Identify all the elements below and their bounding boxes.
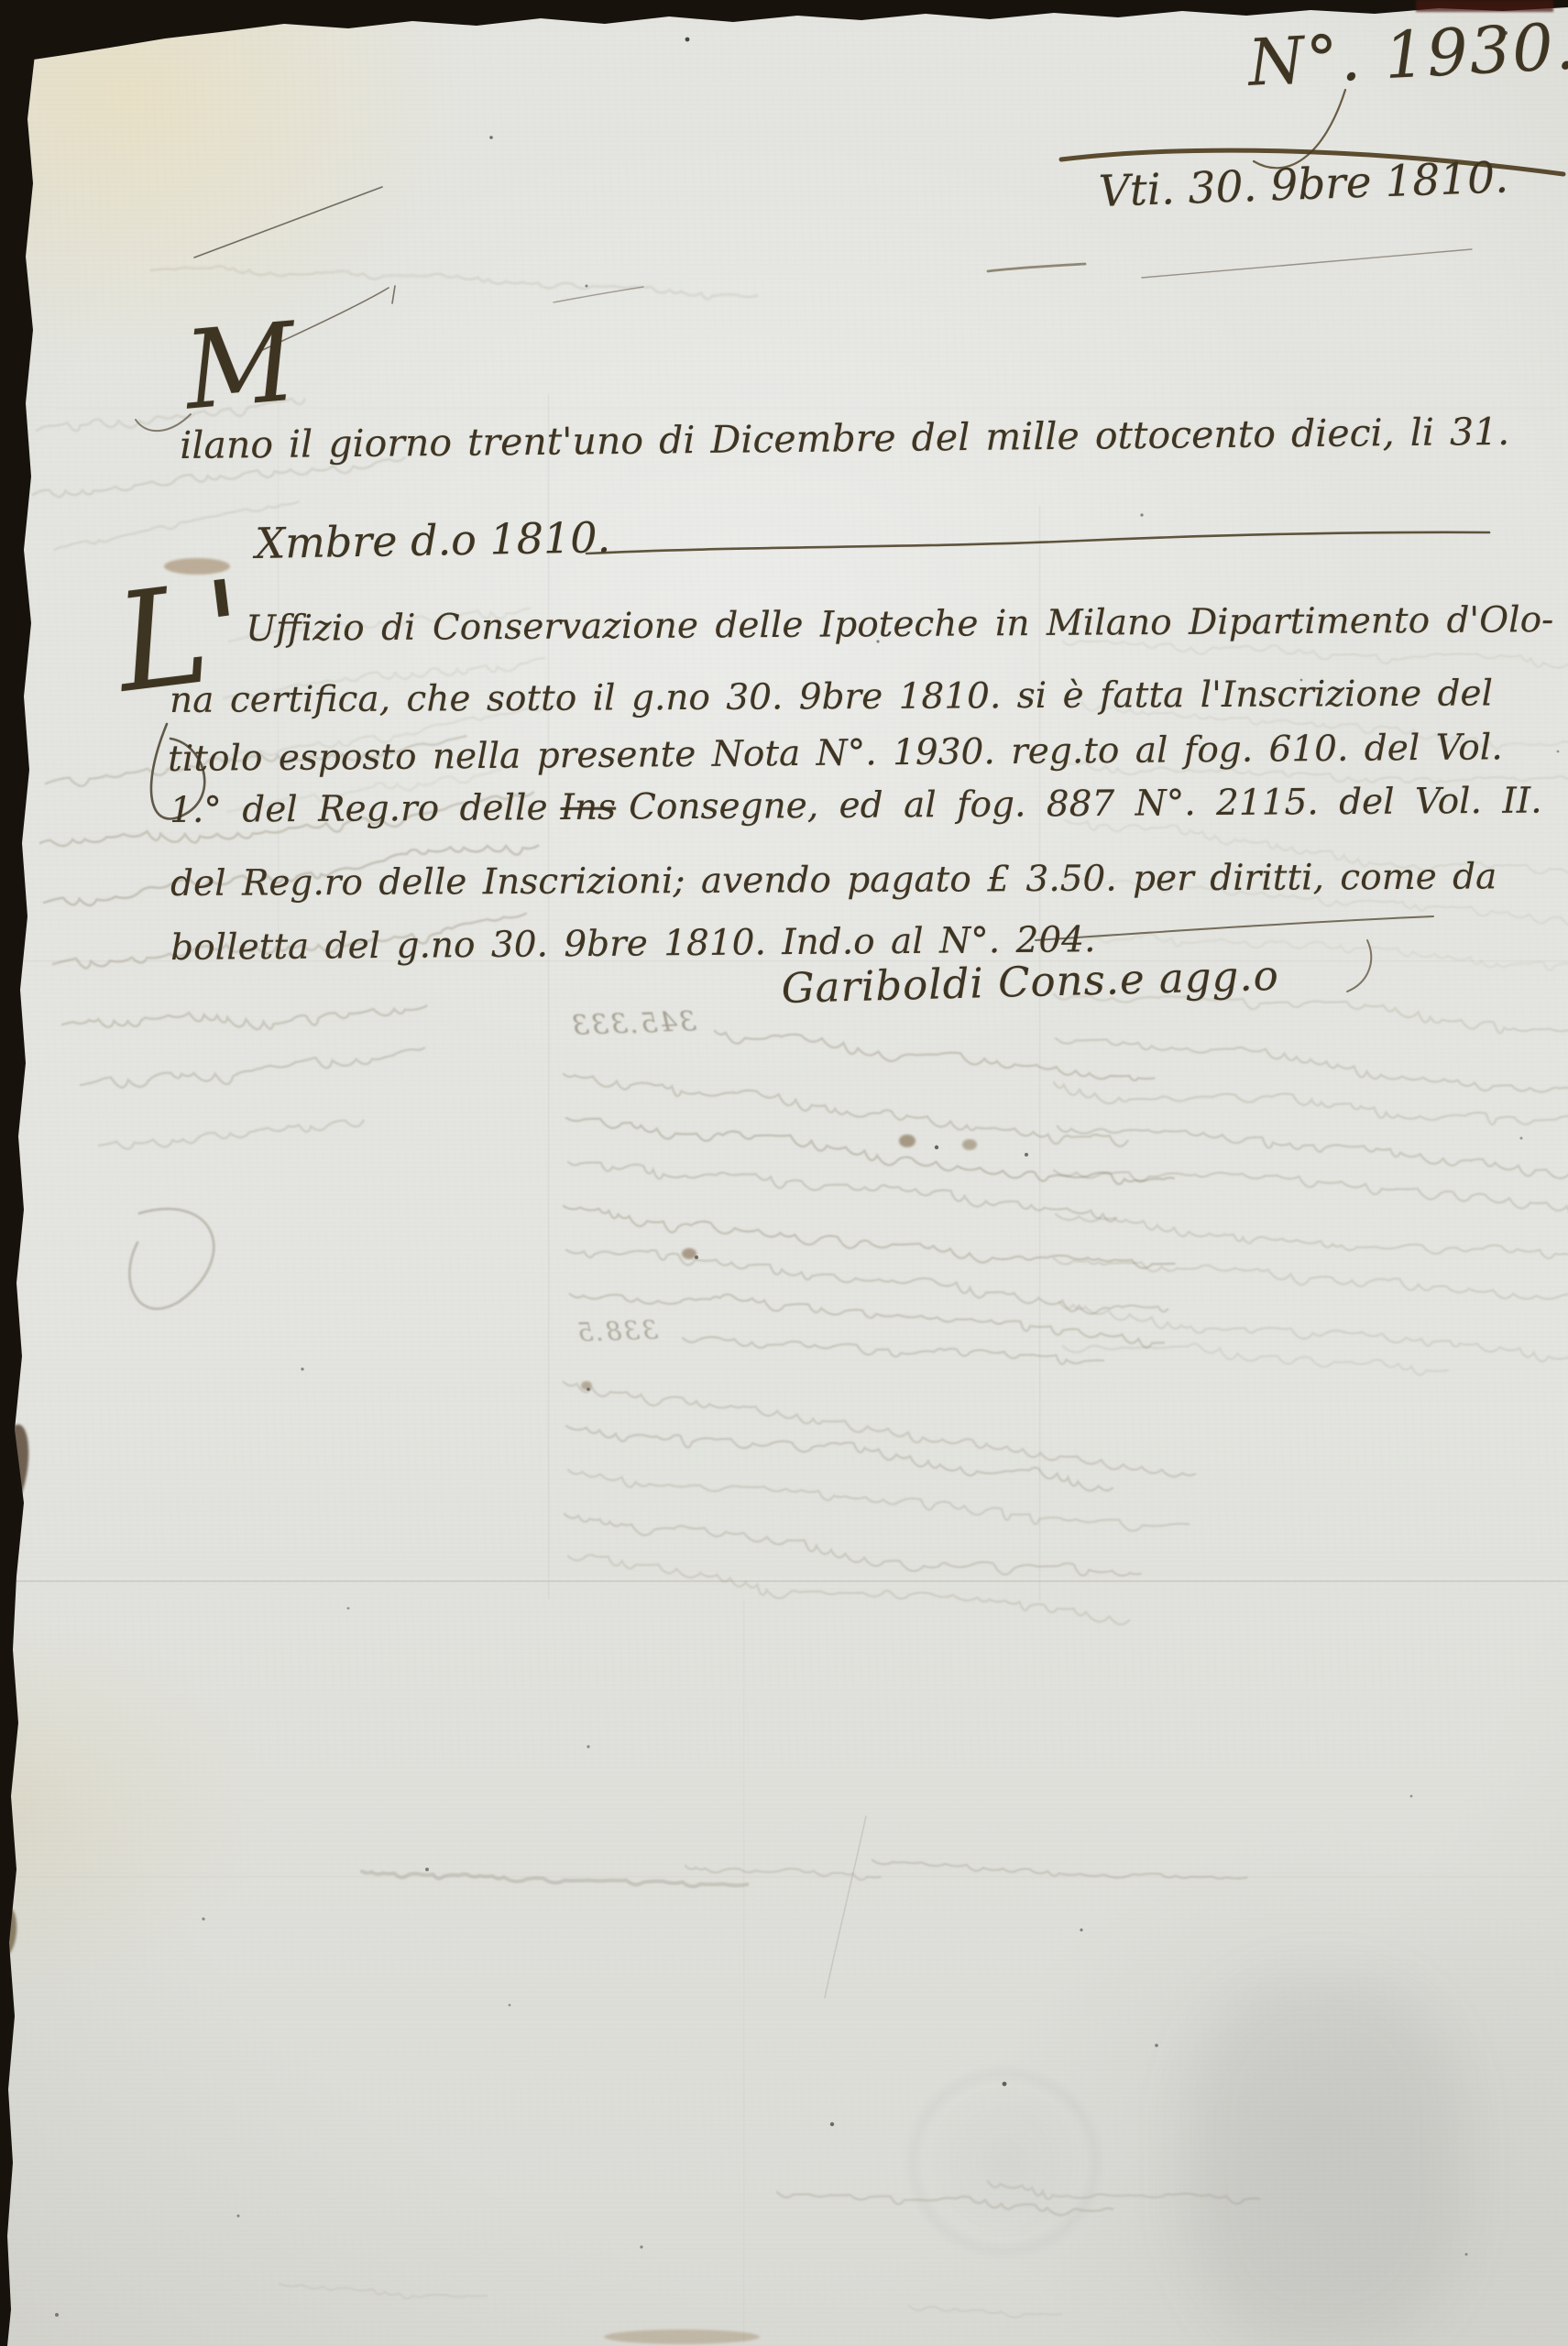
bleedthrough-fragment: 338.5 <box>575 1314 658 1347</box>
manuscript-page: N°. 1930. Vti. 30. 9bre 1810. M L' ilano… <box>0 0 1568 2346</box>
top-right-edge-tint <box>1416 0 1553 12</box>
bleedthrough-fragment: 345.333 <box>569 1006 696 1043</box>
fold-crease-horizontal <box>0 1579 1568 1582</box>
crossed-out-word: Ins <box>560 787 616 828</box>
dateline-month-year: Xmbre d.o 1810. <box>255 512 611 568</box>
body-line-4-start: 1.° del Reg.ro delle <box>170 787 548 831</box>
faded-stamp-ghost <box>909 2069 1100 2255</box>
body-line-4-end: Consegne, ed al fog. 887 N°. 2115. del V… <box>629 781 1542 828</box>
initial-m-ornament: M <box>180 298 301 433</box>
fold-crease-vertical <box>1038 506 1040 1601</box>
body-line-5: del Reg.ro delle Inscrizioni; avendo pag… <box>170 856 1497 904</box>
fold-crease-vertical <box>742 1600 744 2346</box>
fold-crease-vertical <box>547 394 549 1599</box>
fold-crease-horizontal <box>0 1875 1568 1877</box>
body-line-2: na certifica, che sotto il g.no 30. 9bre… <box>170 673 1493 721</box>
grey-stain <box>1187 1979 1462 2346</box>
